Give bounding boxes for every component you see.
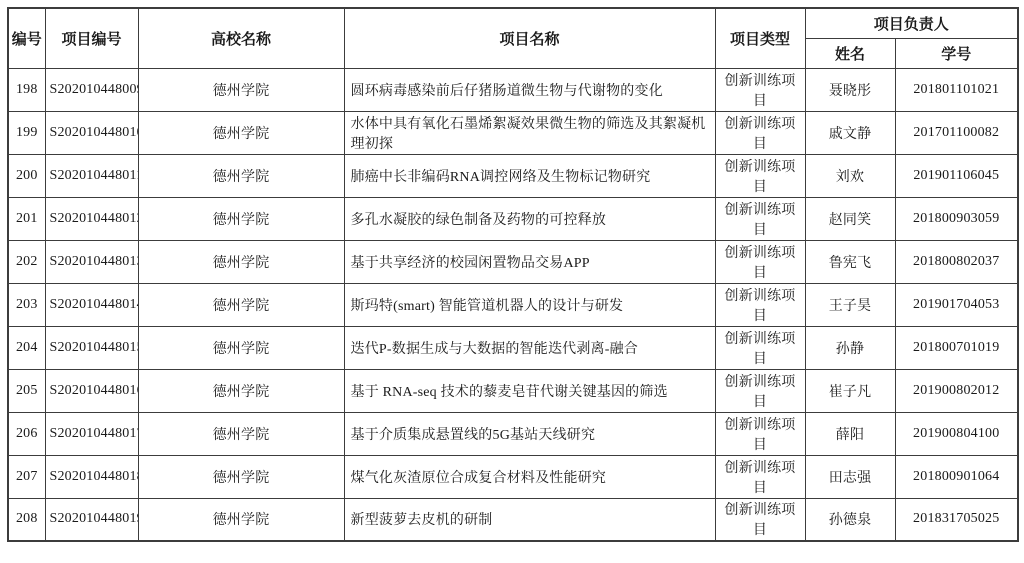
cell-leader-name: 王子昊 <box>805 283 895 326</box>
table-row: 205S202010448016德州学院基于 RNA-seq 技术的藜麦皂苷代谢… <box>8 369 1018 412</box>
cell-project-type: 创新训练项目 <box>715 154 805 197</box>
cell-no: 202 <box>8 240 45 283</box>
cell-university: 德州学院 <box>138 412 344 455</box>
cell-project-name: 水体中具有氧化石墨烯絮凝效果微生物的筛选及其絮凝机理初探 <box>344 111 715 154</box>
col-header-no: 编号 <box>8 8 45 68</box>
cell-leader-id: 201831705025 <box>895 498 1018 541</box>
header-row-top: 编号 项目编号 高校名称 项目名称 项目类型 项目负责人 <box>8 8 1018 38</box>
cell-leader-id: 201901704053 <box>895 283 1018 326</box>
cell-project-type: 创新训练项目 <box>715 412 805 455</box>
cell-no: 205 <box>8 369 45 412</box>
document-page: 编号 项目编号 高校名称 项目名称 项目类型 项目负责人 姓名 学号 198S2… <box>0 0 1024 563</box>
cell-project-type: 创新训练项目 <box>715 68 805 111</box>
table-row: 208S202010448019德州学院新型菠萝去皮机的研制创新训练项目孙德泉2… <box>8 498 1018 541</box>
cell-university: 德州学院 <box>138 240 344 283</box>
table-row: 204S202010448015德州学院迭代P-数据生成与大数据的智能迭代剥离-… <box>8 326 1018 369</box>
cell-university: 德州学院 <box>138 455 344 498</box>
cell-project-id: S202010448018 <box>45 455 138 498</box>
cell-leader-name: 孙德泉 <box>805 498 895 541</box>
cell-project-id: S202010448016 <box>45 369 138 412</box>
table-row: 207S202010448018德州学院煤气化灰渣原位合成复合材料及性能研究创新… <box>8 455 1018 498</box>
cell-no: 203 <box>8 283 45 326</box>
cell-leader-id: 201701100082 <box>895 111 1018 154</box>
cell-no: 200 <box>8 154 45 197</box>
col-header-project-name: 项目名称 <box>344 8 715 68</box>
table-row: 201S202010448012德州学院多孔水凝胶的绿色制备及药物的可控释放创新… <box>8 197 1018 240</box>
table-body: 198S202010448009德州学院圆环病毒感染前后仔猪肠道微生物与代谢物的… <box>8 68 1018 541</box>
cell-leader-name: 孙静 <box>805 326 895 369</box>
cell-project-id: S202010448012 <box>45 197 138 240</box>
cell-project-name: 基于 RNA-seq 技术的藜麦皂苷代谢关键基因的筛选 <box>344 369 715 412</box>
cell-project-id: S202010448017 <box>45 412 138 455</box>
col-header-leader-group: 项目负责人 <box>805 8 1018 38</box>
cell-project-type: 创新训练项目 <box>715 240 805 283</box>
cell-leader-name: 田志强 <box>805 455 895 498</box>
cell-project-id: S202010448010 <box>45 111 138 154</box>
cell-project-id: S202010448015 <box>45 326 138 369</box>
cell-leader-name: 鲁宪飞 <box>805 240 895 283</box>
cell-project-name: 斯玛特(smart) 智能管道机器人的设计与研发 <box>344 283 715 326</box>
cell-project-id: S202010448019 <box>45 498 138 541</box>
table-row: 202S202010448013德州学院基于共享经济的校园闲置物品交易APP创新… <box>8 240 1018 283</box>
cell-university: 德州学院 <box>138 154 344 197</box>
cell-leader-id: 201801101021 <box>895 68 1018 111</box>
cell-university: 德州学院 <box>138 68 344 111</box>
cell-leader-name: 聂晓彤 <box>805 68 895 111</box>
cell-project-name: 肺癌中长非编码RNA调控网络及生物标记物研究 <box>344 154 715 197</box>
cell-leader-name: 刘欢 <box>805 154 895 197</box>
cell-project-id: S202010448014 <box>45 283 138 326</box>
cell-project-name: 新型菠萝去皮机的研制 <box>344 498 715 541</box>
cell-leader-name: 薛阳 <box>805 412 895 455</box>
col-header-leader-name: 姓名 <box>805 38 895 68</box>
col-header-project-type: 项目类型 <box>715 8 805 68</box>
cell-project-type: 创新训练项目 <box>715 283 805 326</box>
cell-leader-id: 201800802037 <box>895 240 1018 283</box>
table-row: 203S202010448014德州学院斯玛特(smart) 智能管道机器人的设… <box>8 283 1018 326</box>
cell-no: 206 <box>8 412 45 455</box>
col-header-project-id: 项目编号 <box>45 8 138 68</box>
table-row: 200S202010448011德州学院肺癌中长非编码RNA调控网络及生物标记物… <box>8 154 1018 197</box>
col-header-university: 高校名称 <box>138 8 344 68</box>
cell-no: 208 <box>8 498 45 541</box>
table-row: 199S202010448010德州学院水体中具有氧化石墨烯絮凝效果微生物的筛选… <box>8 111 1018 154</box>
cell-no: 199 <box>8 111 45 154</box>
cell-no: 198 <box>8 68 45 111</box>
cell-leader-id: 201900802012 <box>895 369 1018 412</box>
cell-project-type: 创新训练项目 <box>715 326 805 369</box>
table-row: 206S202010448017德州学院基于介质集成悬置线的5G基站天线研究创新… <box>8 412 1018 455</box>
cell-project-name: 煤气化灰渣原位合成复合材料及性能研究 <box>344 455 715 498</box>
cell-leader-name: 赵同笑 <box>805 197 895 240</box>
cell-leader-id: 201800901064 <box>895 455 1018 498</box>
cell-project-name: 基于介质集成悬置线的5G基站天线研究 <box>344 412 715 455</box>
cell-project-name: 圆环病毒感染前后仔猪肠道微生物与代谢物的变化 <box>344 68 715 111</box>
cell-project-type: 创新训练项目 <box>715 455 805 498</box>
cell-university: 德州学院 <box>138 326 344 369</box>
cell-project-type: 创新训练项目 <box>715 111 805 154</box>
table-row: 198S202010448009德州学院圆环病毒感染前后仔猪肠道微生物与代谢物的… <box>8 68 1018 111</box>
cell-project-name: 多孔水凝胶的绿色制备及药物的可控释放 <box>344 197 715 240</box>
cell-university: 德州学院 <box>138 111 344 154</box>
cell-project-type: 创新训练项目 <box>715 498 805 541</box>
cell-project-name: 迭代P-数据生成与大数据的智能迭代剥离-融合 <box>344 326 715 369</box>
cell-no: 201 <box>8 197 45 240</box>
cell-project-name: 基于共享经济的校园闲置物品交易APP <box>344 240 715 283</box>
cell-no: 207 <box>8 455 45 498</box>
cell-leader-name: 崔子凡 <box>805 369 895 412</box>
cell-university: 德州学院 <box>138 197 344 240</box>
cell-university: 德州学院 <box>138 369 344 412</box>
cell-project-id: S202010448013 <box>45 240 138 283</box>
col-header-leader-id: 学号 <box>895 38 1018 68</box>
table-header: 编号 项目编号 高校名称 项目名称 项目类型 项目负责人 姓名 学号 <box>8 8 1018 68</box>
cell-project-id: S202010448011 <box>45 154 138 197</box>
cell-leader-name: 戚文静 <box>805 111 895 154</box>
cell-project-type: 创新训练项目 <box>715 197 805 240</box>
projects-table: 编号 项目编号 高校名称 项目名称 项目类型 项目负责人 姓名 学号 198S2… <box>7 7 1019 542</box>
cell-leader-id: 201901106045 <box>895 154 1018 197</box>
cell-project-id: S202010448009 <box>45 68 138 111</box>
cell-leader-id: 201800903059 <box>895 197 1018 240</box>
cell-no: 204 <box>8 326 45 369</box>
cell-university: 德州学院 <box>138 283 344 326</box>
cell-leader-id: 201900804100 <box>895 412 1018 455</box>
cell-leader-id: 201800701019 <box>895 326 1018 369</box>
cell-university: 德州学院 <box>138 498 344 541</box>
cell-project-type: 创新训练项目 <box>715 369 805 412</box>
